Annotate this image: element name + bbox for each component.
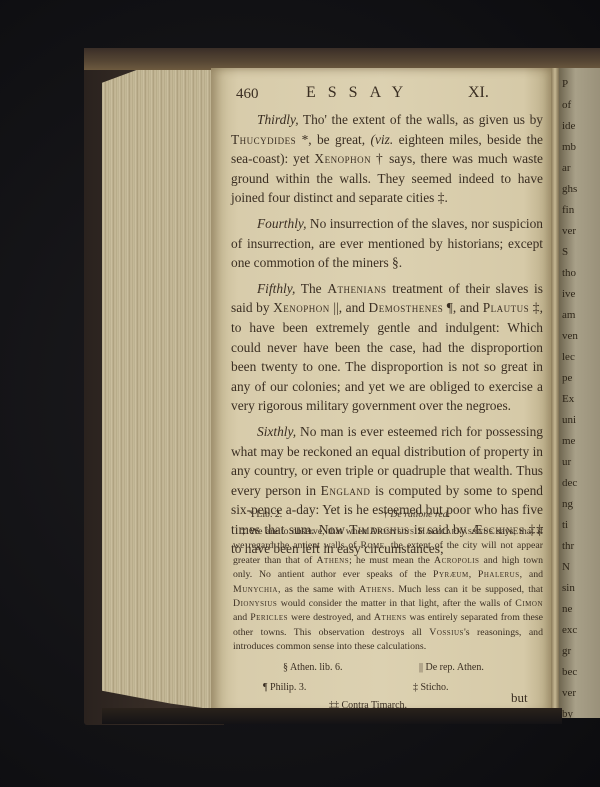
facing-page-text: dec [562,473,600,494]
facing-page-text: ne [562,599,600,620]
text-run: ||, and [330,300,369,315]
essay-number: XI. [468,84,489,102]
proper-name: Munychia [233,584,278,595]
facing-page-text: thr [562,536,600,557]
proper-name: Athens [316,555,349,566]
facing-page-text: fin [562,200,600,221]
text-run: ; he must mean the [349,555,434,566]
facing-page-text: me [562,431,600,452]
facing-page-text: mb [562,137,600,158]
running-title: ESSAY [306,84,415,102]
facing-page-text: exc [562,620,600,641]
italic-text: (viz. [371,132,394,147]
paragraph: Fifthly, The Athenians treatment of thei… [231,279,543,416]
proper-name: Athens [359,584,392,595]
page-number: 460 [236,86,259,103]
facing-page-text: Ex [562,389,600,410]
proper-name: Xenophon [314,151,371,166]
footnote-pilcrow: ¶ Philip. 3. [263,681,306,695]
facing-page-text: P [562,74,600,95]
text-run: ¶, and [443,300,482,315]
proper-name: Dionysius Halycarnassæus [370,526,493,537]
text-run: , as the same with [278,584,359,595]
text-run: Tho' the extent of the walls, as given u… [299,112,543,127]
facing-page-text: N [562,557,600,578]
facing-page-text: ver [562,683,600,704]
proper-name: Phalerus [478,569,520,580]
footnote-double-dagger-small: ‡ Sticho. [413,681,449,695]
book-page: 460 ESSAY XI. Thirdly, Tho' the extent o… [211,68,551,714]
facing-page-text: tho [562,263,600,284]
paragraph-lead: Fifthly, [257,281,295,296]
facing-page-text: pe [562,368,600,389]
facing-page-text: ti [562,515,600,536]
paragraph-lead: Thirdly, [257,112,299,127]
facing-page-text: ng [562,494,600,515]
facing-page-text: ver [562,221,600,242]
cover-top-edge [84,48,600,70]
facing-page-text: lec [562,347,600,368]
page-edges-stack [102,70,217,710]
proper-name: Rome [360,540,384,551]
proper-name: England [321,483,371,498]
facing-page-text: bec [562,662,600,683]
main-text: Thirdly, Tho' the extent of the walls, a… [231,110,543,565]
text-run: ‡, to have been extremely gentle and ind… [231,300,543,413]
proper-name: Pyræum [433,569,469,580]
open-book: 460 ESSAY XI. Thirdly, Tho' the extent o… [84,48,600,725]
text-run: were destroyed, and [288,612,374,623]
facing-page-text: am [562,305,600,326]
footnote-dagger-text: De ratione red. [390,509,450,520]
facing-page-text: ive [562,284,600,305]
facing-page-text: of [562,95,600,116]
proper-name: Athenians [327,281,386,296]
footnote-section: § Athen. lib. 6. [283,661,342,675]
paragraph-lead: Sixthly, [257,424,296,439]
footnote-double-dagger: ‡ We are to observe, that when Dionysius… [233,525,543,655]
facing-page-fragment: PofidembarghsfinverSthoiveamvenlecpeExun… [559,68,600,718]
proper-name: Acropolis [434,555,479,566]
proper-name: Dionysius [233,598,277,609]
text-run: ‡ We are to observe, that when [241,526,370,537]
text-run: would consider the matter in that light,… [277,598,515,609]
footnote-dagger: † De ratione red. [383,508,450,522]
book-bottom-shadow [102,708,562,724]
text-run: . Much less can it be supposed, that [392,584,543,595]
proper-name: Thucydides [231,132,296,147]
facing-page-text: sin [562,578,600,599]
paragraph: Thirdly, Tho' the extent of the walls, a… [231,110,543,208]
footnotes: * Lib. 2. † De ratione red. ‡ We are to … [233,508,543,717]
facing-page-text: ven [562,326,600,347]
paragraph-lead: Fourthly, [257,216,306,231]
text-run: , and [520,569,543,580]
paragraph: Fourthly, No insurrection of the slaves,… [231,214,543,273]
proper-name: Vossius [429,627,464,638]
facing-page-text: ar [562,158,600,179]
footnote-parallel: || De rep. Athen. [419,661,484,675]
page-header: 460 ESSAY XI. [236,84,536,106]
proper-name: Plautus [483,300,529,315]
proper-name: Demosthenes [369,300,444,315]
proper-name: Xenophon [273,300,330,315]
footnote-star: * Lib. 2. [249,508,282,522]
proper-name: Pericles [250,612,288,623]
proper-name: Cimon [515,598,543,609]
facing-page-text: uni [562,410,600,431]
footnote-row-1: * Lib. 2. † De ratione red. [233,508,543,523]
facing-page-text: ghs [562,179,600,200]
facing-page-text: gr [562,641,600,662]
facing-page-text: by [562,704,600,718]
facing-page-text: ide [562,116,600,137]
facing-page-text: ur [562,452,600,473]
proper-name: Athens [374,612,407,623]
facing-page-text: S [562,242,600,263]
gutter-edge [551,68,559,718]
text-run: and [233,612,250,623]
text-run: *, be great, [296,132,370,147]
catchword: but [511,690,528,706]
text-run: , [469,569,478,580]
text-run: The [295,281,327,296]
